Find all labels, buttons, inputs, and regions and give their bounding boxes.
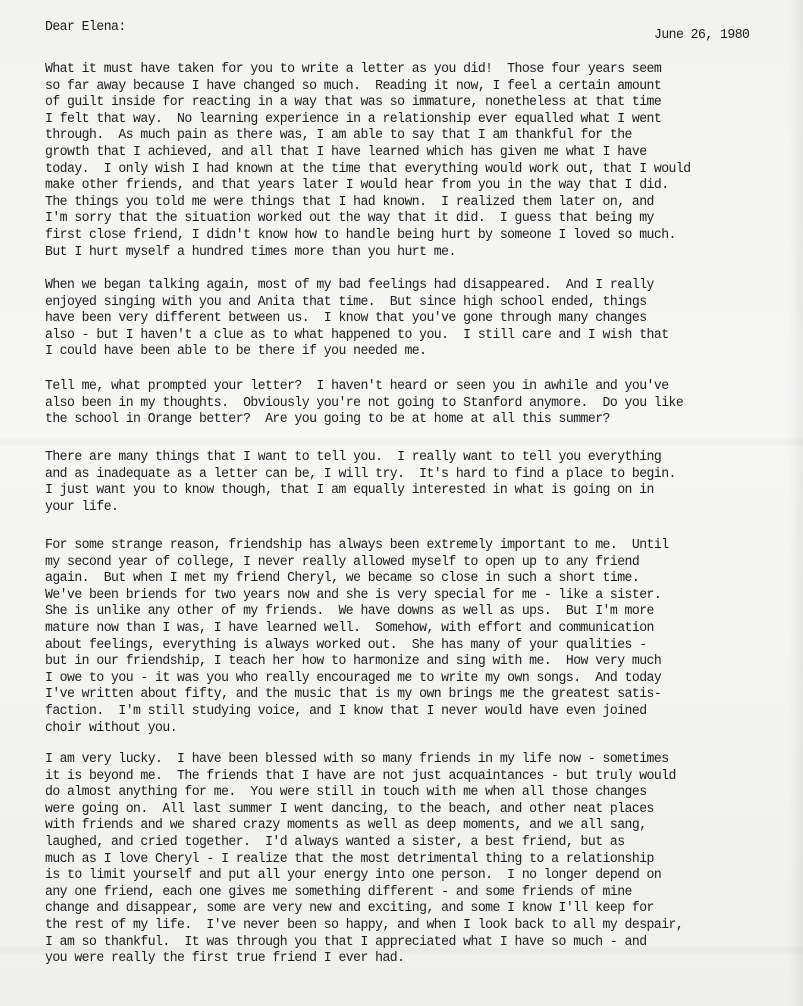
text-line: I am very lucky. I have been blessed wit… xyxy=(45,752,683,769)
salutation: Dear Elena: xyxy=(45,20,126,37)
text-line: choir without you. xyxy=(45,721,669,738)
text-line: growth that I achieved, and all that I h… xyxy=(45,145,691,162)
text-line: also been in my thoughts. Obviously you'… xyxy=(45,396,683,413)
text-line: of guilt inside for reacting in a way th… xyxy=(45,95,691,112)
paragraph: I am very lucky. I have been blessed wit… xyxy=(45,752,683,968)
text-line: about feelings, everything is always wor… xyxy=(45,638,669,655)
text-line: I could have been able to be there if yo… xyxy=(45,344,669,361)
paragraph: Tell me, what prompted your letter? I ha… xyxy=(45,379,683,429)
letter-date: June 26, 1980 xyxy=(654,28,749,45)
text-line: again. But when I met my friend Cheryl, … xyxy=(45,571,669,588)
paragraph: There are many things that I want to tel… xyxy=(45,450,676,516)
text-line: but in our friendship, I teach her how t… xyxy=(45,654,669,671)
letter-page: Dear Elena: June 26, 1980 What it must h… xyxy=(0,0,803,1006)
text-line: your life. xyxy=(45,500,676,517)
text-line: Tell me, what prompted your letter? I ha… xyxy=(45,379,683,396)
text-line: also - but I haven't a clue as to what h… xyxy=(45,328,669,345)
text-line: through. As much pain as there was, I am… xyxy=(45,128,691,145)
text-line: I owe to you - it was you who really enc… xyxy=(45,671,669,688)
text-line: it is beyond me. The friends that I have… xyxy=(45,769,683,786)
text-line: When we began talking again, most of my … xyxy=(45,278,669,295)
text-line: I've written about fifty, and the music … xyxy=(45,687,669,704)
text-line: is to limit yourself and put all your en… xyxy=(45,868,683,885)
text-line: I am so thankful. It was through you tha… xyxy=(45,935,683,952)
text-line: any one friend, each one gives me someth… xyxy=(45,885,683,902)
text-line: have been very different between us. I k… xyxy=(45,311,669,328)
text-line: my second year of college, I never reall… xyxy=(45,555,669,572)
text-line: mature now than I was, I have learned we… xyxy=(45,621,669,638)
text-line: But I hurt myself a hundred times more t… xyxy=(45,245,691,262)
text-line: so far away because I have changed so mu… xyxy=(45,79,691,96)
text-line: I'm sorry that the situation worked out … xyxy=(45,211,691,228)
text-line: enjoyed singing with you and Anita that … xyxy=(45,295,669,312)
text-line: you were really the first true friend I … xyxy=(45,951,683,968)
paragraph: When we began talking again, most of my … xyxy=(45,278,669,361)
text-line: do almost anything for me. You were stil… xyxy=(45,785,683,802)
text-line: faction. I'm still studying voice, and I… xyxy=(45,704,669,721)
text-line: For some strange reason, friendship has … xyxy=(45,538,669,555)
text-line: much as I love Cheryl - I realize that t… xyxy=(45,852,683,869)
text-line: and as inadequate as a letter can be, I … xyxy=(45,467,676,484)
paper-edge-shadow xyxy=(789,0,803,1006)
text-line: There are many things that I want to tel… xyxy=(45,450,676,467)
text-line: The things you told me were things that … xyxy=(45,195,691,212)
text-line: I just want you to know though, that I a… xyxy=(45,483,676,500)
paper-fold-line xyxy=(0,437,803,447)
text-line: change and disappear, some are very new … xyxy=(45,901,683,918)
text-line: I felt that way. No learning experience … xyxy=(45,112,691,129)
text-line: What it must have taken for you to write… xyxy=(45,62,691,79)
paragraph: For some strange reason, friendship has … xyxy=(45,538,669,737)
text-line: today. I only wish I had known at the ti… xyxy=(45,162,691,179)
text-line: We've been briends for two years now and… xyxy=(45,588,669,605)
text-line: first close friend, I didn't know how to… xyxy=(45,228,691,245)
text-line: She is unlike any other of my friends. W… xyxy=(45,604,669,621)
text-line: laughed, and cried together. I'd always … xyxy=(45,835,683,852)
text-line: were going on. All last summer I went da… xyxy=(45,802,683,819)
text-line: make other friends, and that years later… xyxy=(45,178,691,195)
paragraph: What it must have taken for you to write… xyxy=(45,62,691,261)
text-line: the school in Orange better? Are you goi… xyxy=(45,412,683,429)
text-line: with friends and we shared crazy moments… xyxy=(45,818,683,835)
text-line: the rest of my life. I've never been so … xyxy=(45,918,683,935)
